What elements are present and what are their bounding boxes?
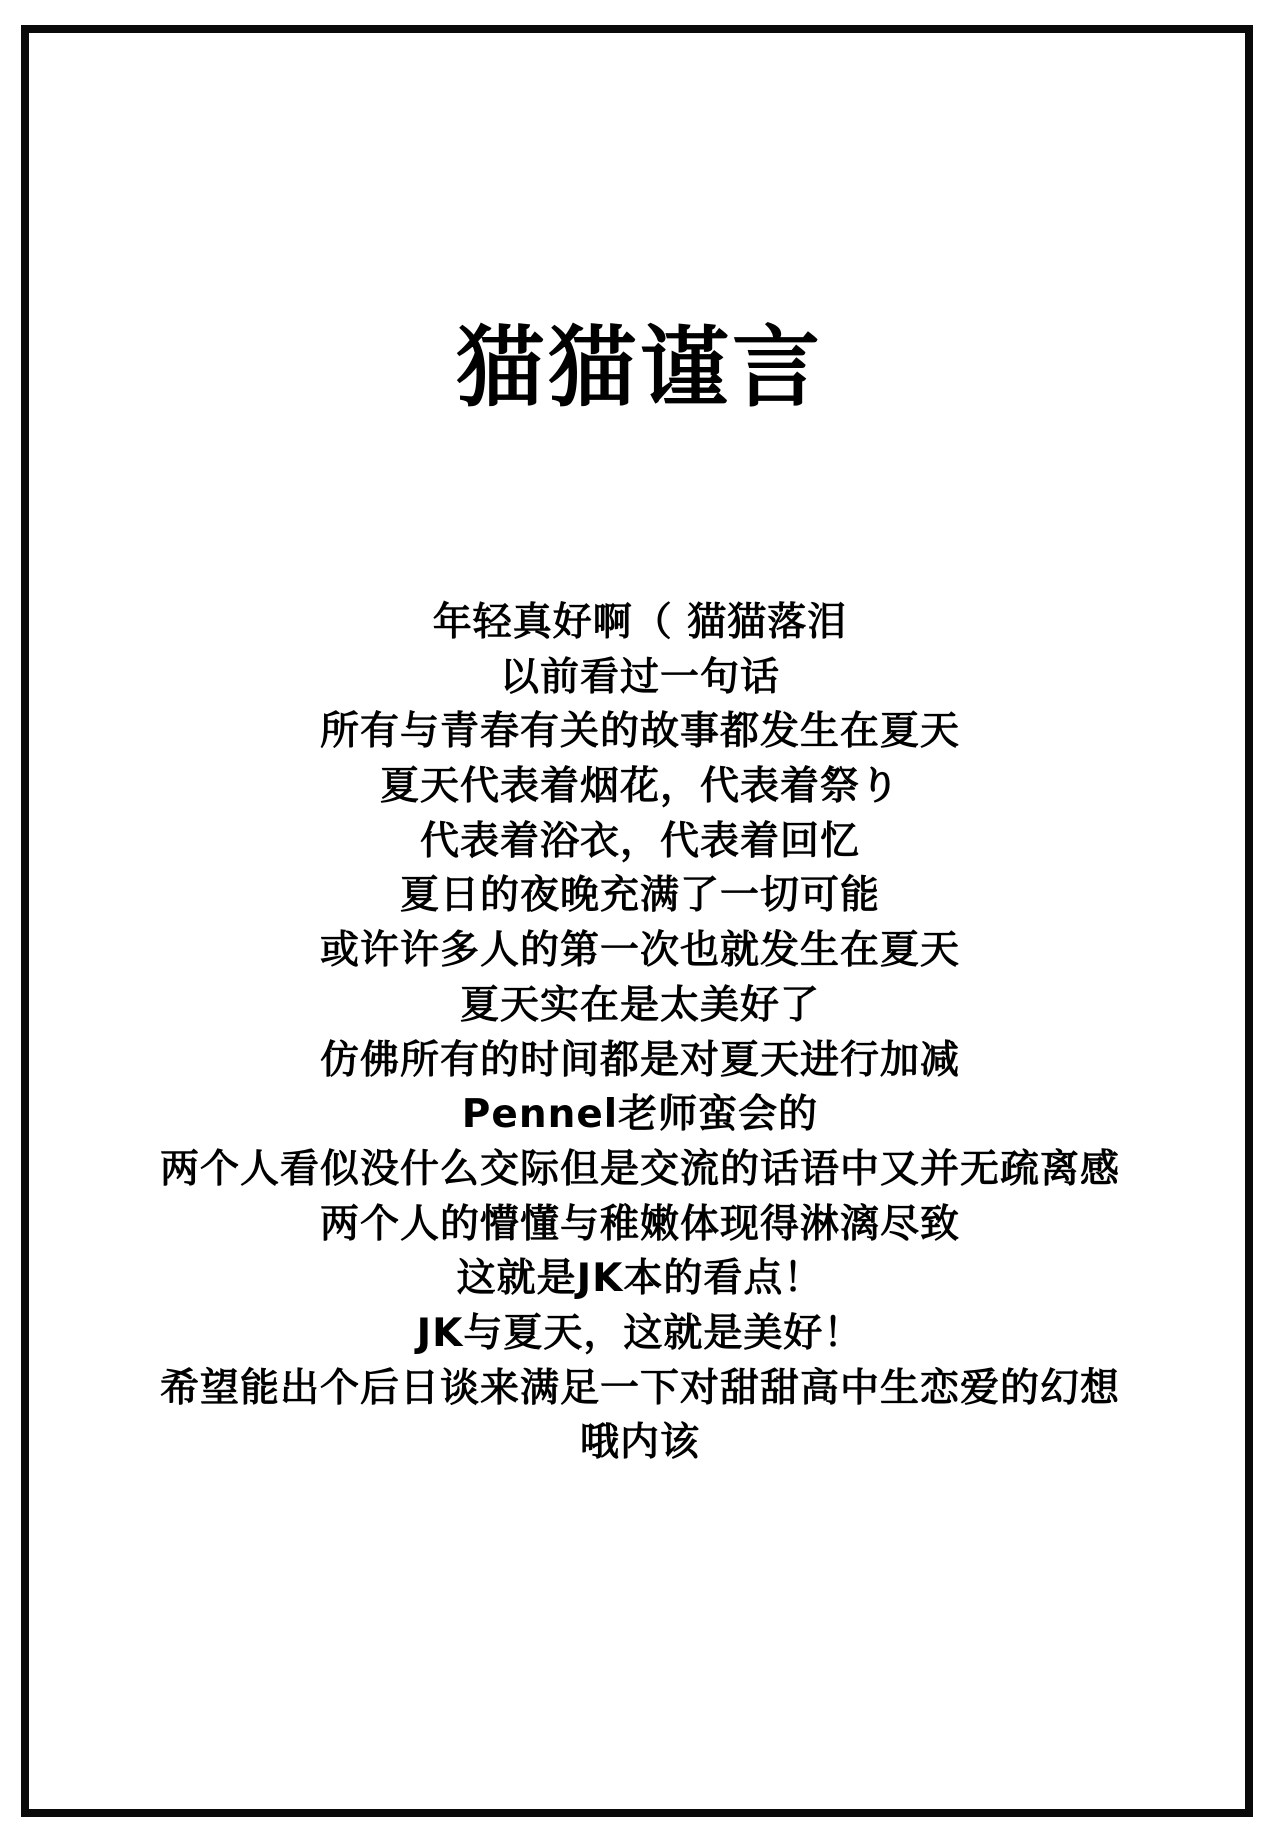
text-line: 或许许多人的第一次也就发生在夏天 (0, 924, 1280, 979)
text-line: 希望能出个后日谈来满足一下对甜甜高中生恋爱的幻想 (0, 1362, 1280, 1417)
text-line: 仿佛所有的时间都是对夏天进行加减 (0, 1034, 1280, 1089)
text-line: 夏天代表着烟花，代表着祭り (0, 760, 1280, 815)
text-line: 两个人看似没什么交际但是交流的话语中又并无疏离感 (0, 1143, 1280, 1198)
text-line: JK与夏天，这就是美好！ (0, 1307, 1280, 1362)
text-line: 哦内该 (0, 1416, 1280, 1471)
afterword-body: 年轻真好啊（ 猫猫落泪 以前看过一句话 所有与青春有关的故事都发生在夏天 夏天代… (0, 596, 1280, 1471)
text-line: 代表着浴衣，代表着回忆 (0, 815, 1280, 870)
text-line: 年轻真好啊（ 猫猫落泪 (0, 596, 1280, 651)
text-line: 两个人的懵懂与稚嫩体现得淋漓尽致 (0, 1198, 1280, 1253)
text-line: 这就是JK本的看点！ (0, 1252, 1280, 1307)
text-line: 夏日的夜晚充满了一切可能 (0, 869, 1280, 924)
text-line: 夏天实在是太美好了 (0, 979, 1280, 1034)
text-line: 所有与青春有关的故事都发生在夏天 (0, 705, 1280, 760)
page-title: 猫猫谨言 (0, 318, 1280, 418)
text-line: 以前看过一句话 (0, 651, 1280, 706)
text-line: Pennel老师蛮会的 (0, 1088, 1280, 1143)
